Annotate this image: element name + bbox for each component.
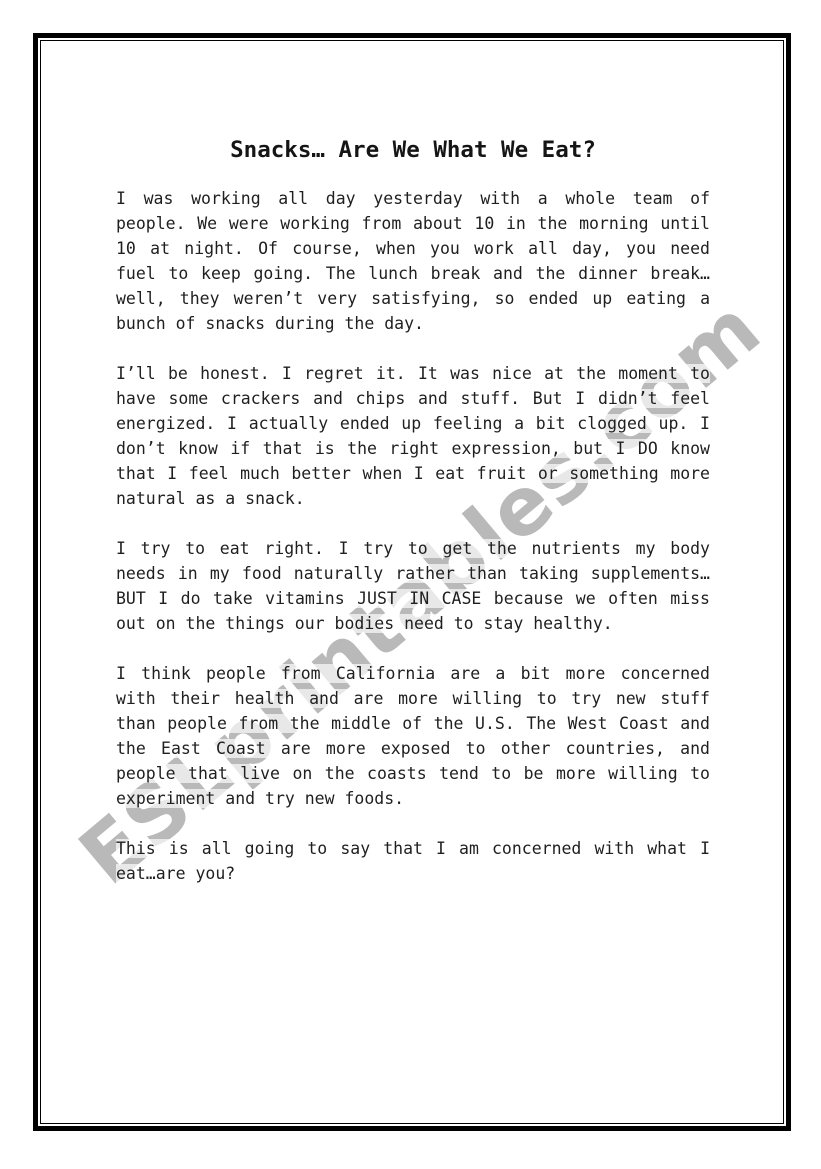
text-line: This is all going to say that I am conce… bbox=[116, 836, 710, 861]
text-line: people. We were working from about 10 in… bbox=[116, 211, 710, 236]
text-line-content: I was working all day yesterday with a w… bbox=[116, 189, 710, 208]
text-line: have some crackers and chips and stuff. … bbox=[116, 386, 710, 411]
text-line: don’t know if that is the right expressi… bbox=[116, 436, 710, 461]
worksheet-title: Snacks… Are We What We Eat? bbox=[116, 137, 710, 163]
text-line: I’ll be honest. I regret it. It was nice… bbox=[116, 361, 710, 386]
paragraph: I think people from California are a bit… bbox=[116, 661, 710, 811]
text-line: natural as a snack. bbox=[116, 486, 710, 511]
text-line-content: people. We were working from about 10 in… bbox=[116, 214, 710, 233]
text-line: 10 at night. Of course, when you work al… bbox=[116, 236, 710, 261]
text-line-content: the East Coast are more exposed to other… bbox=[116, 739, 710, 758]
text-line: experiment and try new foods. bbox=[116, 786, 710, 811]
text-line-content: than people from the middle of the U.S. … bbox=[116, 714, 710, 733]
text-line: I try to eat right. I try to get the nut… bbox=[116, 536, 710, 561]
text-line: bunch of snacks during the day. bbox=[116, 311, 710, 336]
paragraph: I was working all day yesterday with a w… bbox=[116, 186, 710, 336]
text-line: fuel to keep going. The lunch break and … bbox=[116, 261, 710, 286]
paragraph: This is all going to say that I am conce… bbox=[116, 836, 710, 886]
text-line: the East Coast are more exposed to other… bbox=[116, 736, 710, 761]
text-line: eat…are you? bbox=[116, 861, 710, 886]
text-line: than people from the middle of the U.S. … bbox=[116, 711, 710, 736]
text-line-content: I try to eat right. I try to get the nut… bbox=[116, 539, 710, 558]
text-line-content: with their health and are more willing t… bbox=[116, 689, 710, 708]
paragraph: I try to eat right. I try to get the nut… bbox=[116, 536, 710, 636]
text-line-content: that I feel much better when I eat fruit… bbox=[116, 464, 710, 483]
text-line-content: This is all going to say that I am conce… bbox=[116, 839, 710, 858]
text-line: that I feel much better when I eat fruit… bbox=[116, 461, 710, 486]
paragraph: I’ll be honest. I regret it. It was nice… bbox=[116, 361, 710, 511]
text-line: well, they weren’t very satisfying, so e… bbox=[116, 286, 710, 311]
text-line-content: I’ll be honest. I regret it. It was nice… bbox=[116, 364, 710, 383]
text-line: energized. I actually ended up feeling a… bbox=[116, 411, 710, 436]
text-line-content: out on the things our bodies need to sta… bbox=[116, 614, 613, 633]
text-line: needs in my food naturally rather than t… bbox=[116, 561, 710, 586]
text-line-content: have some crackers and chips and stuff. … bbox=[116, 389, 710, 408]
worksheet-page: ESLprintables.com Snacks… Are We What We… bbox=[0, 0, 821, 1169]
text-line-content: 10 at night. Of course, when you work al… bbox=[116, 239, 710, 258]
text-line: with their health and are more willing t… bbox=[116, 686, 710, 711]
text-line-content: bunch of snacks during the day. bbox=[116, 314, 424, 333]
text-line: I was working all day yesterday with a w… bbox=[116, 186, 710, 211]
text-line-content: natural as a snack. bbox=[116, 489, 305, 508]
text-line-content: needs in my food naturally rather than t… bbox=[116, 564, 710, 583]
text-line-content: I think people from California are a bit… bbox=[116, 664, 710, 683]
text-line: people that live on the coasts tend to b… bbox=[116, 761, 710, 786]
text-line-content: eat…are you? bbox=[116, 864, 235, 883]
text-line-content: don’t know if that is the right expressi… bbox=[116, 439, 710, 458]
text-line-content: well, they weren’t very satisfying, so e… bbox=[116, 289, 710, 308]
text-line-content: energized. I actually ended up feeling a… bbox=[116, 414, 710, 433]
text-line-content: people that live on the coasts tend to b… bbox=[116, 764, 710, 783]
text-line: I think people from California are a bit… bbox=[116, 661, 710, 686]
text-line-content: BUT I do take vitamins JUST IN CASE beca… bbox=[116, 589, 710, 608]
text-line-content: experiment and try new foods. bbox=[116, 789, 404, 808]
document-body: I was working all day yesterday with a w… bbox=[116, 186, 710, 886]
text-line: out on the things our bodies need to sta… bbox=[116, 611, 710, 636]
text-line-content: fuel to keep going. The lunch break and … bbox=[116, 264, 710, 283]
text-line: BUT I do take vitamins JUST IN CASE beca… bbox=[116, 586, 710, 611]
